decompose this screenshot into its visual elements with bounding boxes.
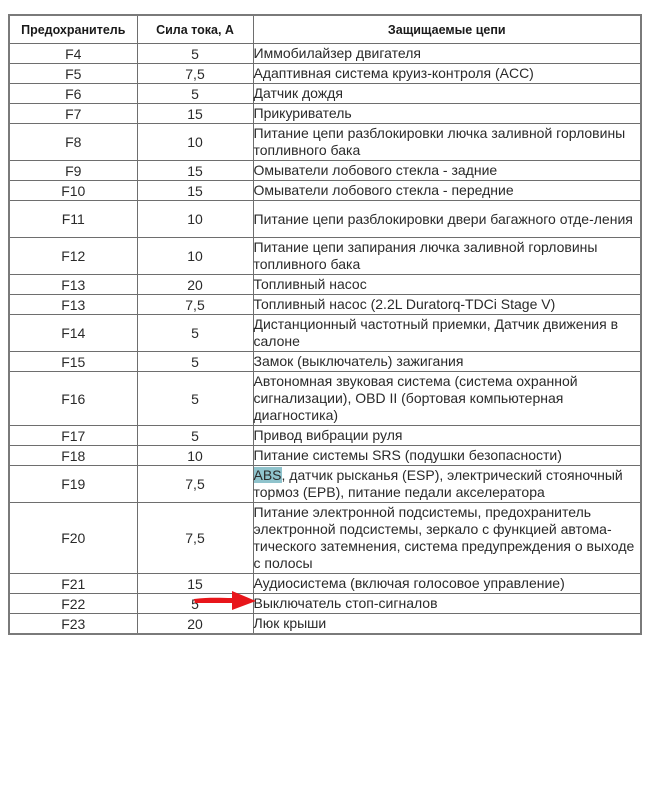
protected-circuits: Омыватели лобового стекла - передние [253,181,641,201]
circuit-description: Омыватели лобового стекла - задние [254,162,498,178]
circuit-description: Люк крыши [254,615,327,631]
circuit-description: Омыватели лобового стекла - передние [254,182,514,198]
protected-circuits: Питание цепи запирания лючка заливной го… [253,238,641,275]
fuse-id: F17 [9,426,137,446]
fuse-amperage: 7,5 [137,466,253,503]
header-amperage: Сила тока, А [137,15,253,44]
table-row: F197,5ABS, датчик рысканья (ESP), электр… [9,466,641,503]
fuse-id: F20 [9,503,137,574]
circuit-description: Замок (выключатель) зажигания [254,353,464,369]
header-row: Предохранитель Сила тока, А Защищаемые ц… [9,15,641,44]
circuit-description: Датчик дождя [254,85,343,101]
circuit-description: Прикуриватель [254,105,352,121]
table-row: F915Омыватели лобового стекла - задние [9,161,641,181]
fuse-table: Предохранитель Сила тока, А Защищаемые ц… [8,14,642,635]
highlighted-text: ABS [254,467,282,483]
protected-circuits: Привод вибрации руля [253,426,641,446]
fuse-id: F9 [9,161,137,181]
table-row: F45Иммобилайзер двигателя [9,44,641,64]
fuse-id: F12 [9,238,137,275]
table-row: F57,5Адаптивная система круиз-контроля (… [9,64,641,84]
protected-circuits: Люк крыши [253,614,641,635]
fuse-amperage: 15 [137,574,253,594]
circuit-description: Питание цепи разблокировки двери багажно… [254,211,633,227]
protected-circuits: Выключатель стоп-сигналов [253,594,641,614]
fuse-id: F19 [9,466,137,503]
circuit-description: Питание цепи запирания лючка заливной го… [254,239,598,272]
fuse-id: F5 [9,64,137,84]
header-circuits: Защищаемые цепи [253,15,641,44]
fuse-amperage: 10 [137,446,253,466]
protected-circuits: Питание электронной подсистемы, предохра… [253,503,641,574]
fuse-id: F13 [9,295,137,315]
table-row: F1015Омыватели лобового стекла - передни… [9,181,641,201]
circuit-description: Питание системы SRS (подушки безопасност… [254,447,562,463]
fuse-amperage: 10 [137,238,253,275]
table-row: F1210Питание цепи запирания лючка заливн… [9,238,641,275]
fuse-id: F21 [9,574,137,594]
table-row: F1320Топливный насос [9,275,641,295]
fuse-amperage: 5 [137,44,253,64]
protected-circuits: Питание системы SRS (подушки безопасност… [253,446,641,466]
protected-circuits: Дистанционный частотный приемки, Датчик … [253,315,641,352]
fuse-amperage: 5 [137,315,253,352]
protected-circuits: Адаптивная система круиз-контроля (ACC) [253,64,641,84]
fuse-id: F16 [9,372,137,426]
protected-circuits: Прикуриватель [253,104,641,124]
circuit-description: Топливный насос (2.2L Duratorq-TDCi Stag… [254,296,556,312]
fuse-amperage: 7,5 [137,503,253,574]
protected-circuits: Аудиосистема (включая голосовое управлен… [253,574,641,594]
fuse-id: F15 [9,352,137,372]
table-row: F225Выключатель стоп-сигналов [9,594,641,614]
circuit-description: Аудиосистема (включая голосовое управлен… [254,575,565,591]
circuit-description: , датчик рысканья (ESP), электрический с… [254,467,623,500]
fuse-id: F23 [9,614,137,635]
protected-circuits: Омыватели лобового стекла - задние [253,161,641,181]
fuse-amperage: 5 [137,594,253,614]
fuse-amperage: 10 [137,124,253,161]
circuit-description: Топливный насос [254,276,367,292]
table-body: F45Иммобилайзер двигателяF57,5Адаптивная… [9,44,641,635]
fuse-amperage: 20 [137,275,253,295]
fuse-amperage: 7,5 [137,64,253,84]
table-row: F145Дистанционный частотный приемки, Дат… [9,315,641,352]
protected-circuits: Питание цепи разблокировки двери багажно… [253,201,641,238]
fuse-amperage: 5 [137,352,253,372]
protected-circuits: Топливный насос (2.2L Duratorq-TDCi Stag… [253,295,641,315]
protected-circuits: Иммобилайзер двигателя [253,44,641,64]
fuse-id: F14 [9,315,137,352]
fuse-id: F6 [9,84,137,104]
table-row: F155Замок (выключатель) зажигания [9,352,641,372]
fuse-id: F22 [9,594,137,614]
fuse-id: F13 [9,275,137,295]
table-row: F207,5Питание электронной подсистемы, пр… [9,503,641,574]
fuse-id: F7 [9,104,137,124]
fuse-amperage: 5 [137,84,253,104]
table-row: F715Прикуриватель [9,104,641,124]
fuse-amperage: 20 [137,614,253,635]
table-row: F2320Люк крыши [9,614,641,635]
fuse-amperage: 15 [137,161,253,181]
fuse-id: F10 [9,181,137,201]
fuse-amperage: 15 [137,181,253,201]
circuit-description: Выключатель стоп-сигналов [254,595,438,611]
table-row: F1110Питание цепи разблокировки двери ба… [9,201,641,238]
circuit-description: Привод вибрации руля [254,427,403,443]
fuse-id: F11 [9,201,137,238]
circuit-description: Иммобилайзер двигателя [254,45,421,61]
fuse-amperage: 10 [137,201,253,238]
protected-circuits: Топливный насос [253,275,641,295]
table-row: F165Автономная звуковая система (система… [9,372,641,426]
table-row: F65Датчик дождя [9,84,641,104]
header-fuse: Предохранитель [9,15,137,44]
protected-circuits: Замок (выключатель) зажигания [253,352,641,372]
circuit-description: Адаптивная система круиз-контроля (ACC) [254,65,534,81]
circuit-description: Автономная звуковая система (система охр… [254,373,578,423]
table-row: F2115Аудиосистема (включая голосовое упр… [9,574,641,594]
protected-circuits: Автономная звуковая система (система охр… [253,372,641,426]
fuse-id: F4 [9,44,137,64]
fuse-amperage: 7,5 [137,295,253,315]
circuit-description: Питание цепи разблокировки лючка заливно… [254,125,626,158]
fuse-amperage: 5 [137,372,253,426]
circuit-description: Дистанционный частотный приемки, Датчик … [254,316,619,349]
fuse-id: F8 [9,124,137,161]
fuse-amperage: 5 [137,426,253,446]
protected-circuits: ABS, датчик рысканья (ESP), электрически… [253,466,641,503]
protected-circuits: Датчик дождя [253,84,641,104]
fuse-amperage: 15 [137,104,253,124]
table-row: F175Привод вибрации руля [9,426,641,446]
table-row: F810Питание цепи разблокировки лючка зал… [9,124,641,161]
table-row: F137,5Топливный насос (2.2L Duratorq-TDC… [9,295,641,315]
fuse-id: F18 [9,446,137,466]
protected-circuits: Питание цепи разблокировки лючка заливно… [253,124,641,161]
circuit-description: Питание электронной подсистемы, предохра… [254,504,635,571]
table-row: F1810Питание системы SRS (подушки безопа… [9,446,641,466]
